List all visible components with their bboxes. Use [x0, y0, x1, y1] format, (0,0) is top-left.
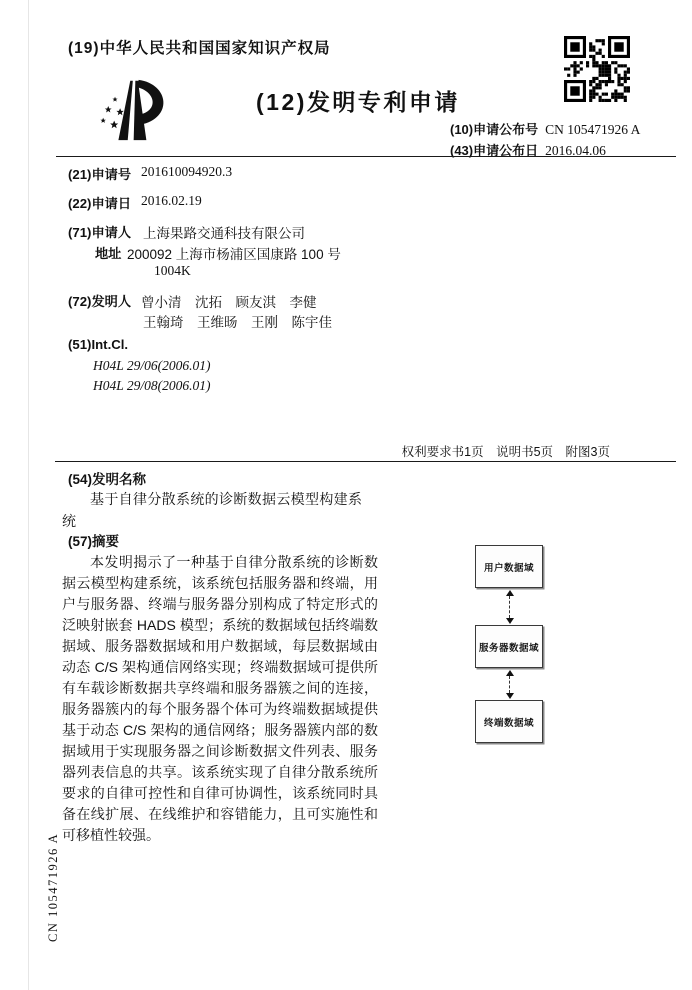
- inventors-line2: 王翰琦 王维旸 王刚 陈宇佳: [143, 311, 332, 331]
- title-section-label: (54)发明名称: [68, 468, 146, 488]
- arrow-down-icon: [506, 618, 514, 624]
- issuing-office: (19)中华人民共和国国家知识产权局: [68, 36, 331, 58]
- qr-code: [564, 36, 630, 102]
- application-number-label: (21)申请号: [68, 167, 131, 182]
- figure-box-terminal-data-domain: 终端数据域: [475, 700, 543, 743]
- publication-number-value: CN 105471926 A: [545, 122, 640, 137]
- intcl-label: (51)Int.Cl.: [68, 337, 128, 352]
- invention-title: 基于自律分散系统的诊断数据云模型构建系统: [62, 488, 362, 532]
- publication-number-label: (10)申请公布号: [450, 122, 538, 137]
- header-divider: [56, 156, 676, 157]
- applicant-label: (71)申请人: [68, 225, 131, 240]
- double-arrow-icon: [505, 670, 514, 699]
- patent-front-page: (19)中华人民共和国国家知识产权局 (12)发明专利申请 (10)申请公布号C…: [0, 0, 692, 990]
- biblio-divider: [55, 461, 676, 462]
- intcl-entry-2: H04L 29/08(2006.01): [93, 378, 211, 394]
- address-row: 地址: [95, 243, 121, 262]
- figure-box-user-data-domain: 用户数据域: [475, 545, 543, 588]
- application-number-value: 201610094920.3: [141, 164, 232, 180]
- dashed-connector: [509, 676, 510, 693]
- side-publication-code: CN 105471926 A: [46, 833, 61, 942]
- dashed-connector: [509, 596, 510, 618]
- abstract-text: 本发明揭示了一种基于自律分散系统的诊断数据云模型构建系统，该系统包括服务器和终端…: [62, 552, 378, 846]
- pages-summary: 权利要求书1页 说明书5页 附图3页: [402, 442, 610, 460]
- arrow-down-icon: [506, 693, 514, 699]
- intcl-entry-1: H04L 29/06(2006.01): [93, 358, 211, 374]
- scan-edge-line: [28, 0, 29, 990]
- application-date-value: 2016.02.19: [141, 193, 202, 209]
- application-number-row: (21)申请号: [68, 164, 131, 183]
- double-arrow-icon: [505, 590, 514, 624]
- address-label: 地址: [95, 246, 121, 261]
- inventors-line1: 曾小清 沈拓 顾友淇 李健: [141, 291, 317, 311]
- inventors-row: (72)发明人: [68, 291, 131, 310]
- sipo-logo: [92, 74, 177, 151]
- applicant-row: (71)申请人: [68, 222, 131, 241]
- applicant-value: 上海果路交通科技有限公司: [143, 222, 305, 242]
- figure-box-server-data-domain: 服务器数据域: [475, 625, 543, 668]
- address-value-line2: 1004K: [154, 263, 191, 279]
- application-date-label: (22)申请日: [68, 196, 131, 211]
- inventors-label: (72)发明人: [68, 294, 131, 309]
- application-date-row: (22)申请日: [68, 193, 131, 212]
- publication-number-row: (10)申请公布号CN 105471926 A: [450, 119, 640, 138]
- intcl-row: (51)Int.Cl.: [68, 337, 128, 352]
- abstract-section-label: (57)摘要: [68, 530, 119, 550]
- address-value: 200092 上海市杨浦区国康路 100 号: [127, 243, 341, 263]
- document-type-title: (12)发明专利申请: [256, 84, 460, 117]
